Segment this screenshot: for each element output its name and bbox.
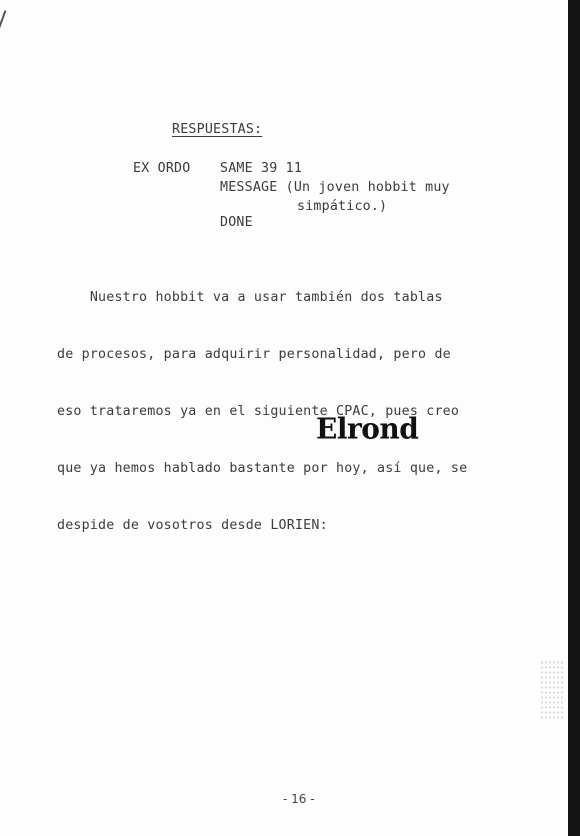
section-heading: RESPUESTAS: [172,120,262,139]
code-line: SAME 39 11 [220,159,302,178]
paragraph-line: Nuestro hobbit va a usar también dos tab… [57,288,467,307]
page-number: - 16 - [283,792,315,806]
scan-mark [0,10,6,29]
paragraph-line: que ya hemos hablado bastante por hoy, a… [57,459,467,478]
code-label: EX ORDO [133,159,190,178]
signature: Elrond [316,411,418,446]
document-page: RESPUESTAS: EX ORDO SAME 39 11 MESSAGE (… [0,0,568,836]
paragraph-line: despide de vosotros desde LORIEN: [57,516,467,535]
scan-edge [568,0,580,836]
code-line: DONE [220,213,253,232]
code-line: MESSAGE (Un joven hobbit muy [220,178,450,197]
code-line: simpático.) [297,197,387,216]
scan-noise [540,660,565,720]
paragraph-line: de procesos, para adquirir personalidad,… [57,345,467,364]
